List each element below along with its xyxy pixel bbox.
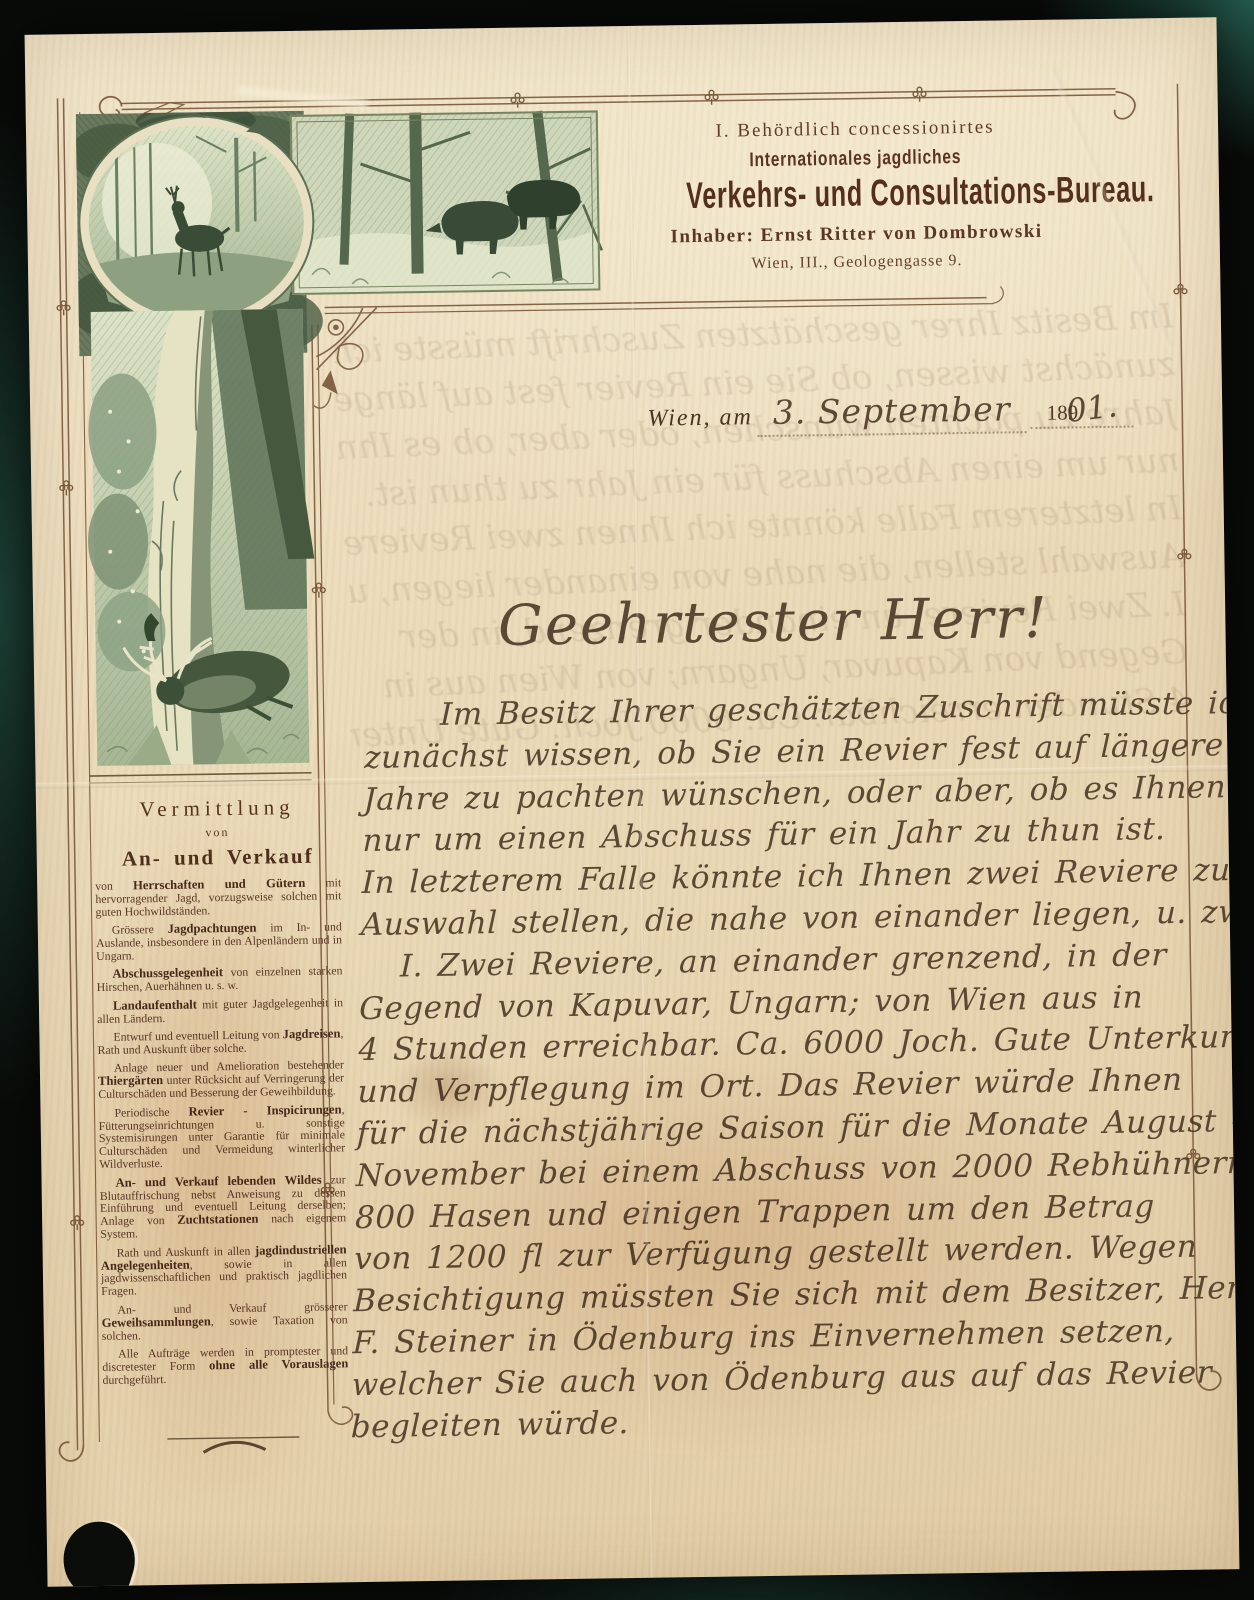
service-paragraph: von Herrschaften und Gütern mit hervorra… (95, 876, 342, 918)
photo-backdrop: I. Behördlich concessionirtes Internatio… (0, 0, 1254, 1600)
owner-line: Inhaber: Ernst Ritter von Dombrowski (576, 219, 1136, 249)
service-paragraph: Periodische Revier - Inspicirungen, Fütt… (98, 1103, 345, 1171)
letterhead: I. Behördlich concessionirtes Internatio… (575, 114, 1137, 275)
service-paragraph: Abschussgelegenheit von einzelnen starke… (96, 965, 342, 994)
letter-paper: I. Behördlich concessionirtes Internatio… (25, 17, 1240, 1587)
paper-crease (237, 86, 367, 109)
letter-body: Im Besitz Ihrer geschätzten Zuschrift mü… (350, 684, 1177, 1449)
hunting-engravings (76, 106, 616, 790)
date-line: Wien, am 3. September 18901. (630, 387, 1151, 434)
service-paragraph: Entwurf und eventuell Leitung von Jagdre… (97, 1027, 343, 1056)
service-paragraph: An- und Verkauf lebenden Wildes zur Blut… (99, 1173, 346, 1241)
services-title-von: von (94, 823, 340, 842)
salutation: Geehrtester Herr! (373, 584, 1174, 661)
service-paragraph: Rath und Auskunft in allen jagdindustrie… (101, 1243, 348, 1298)
services-title: Vermittlung (94, 794, 340, 823)
date-prefix: Wien, am (647, 404, 753, 432)
services-title-verkauf: An- und Verkauf (95, 843, 341, 872)
date-year: 18901. (1031, 406, 1134, 430)
address-line: Wien, III., Geologengasse 9. (577, 249, 1137, 275)
torn-corner (54, 1513, 145, 1587)
wild-boar-engraving (290, 110, 603, 295)
concession-line: I. Behördlich concessionirtes (575, 114, 1135, 144)
service-paragraph: Anlage neuer und Amelioration bestehende… (98, 1059, 345, 1101)
date-handwritten: 3. September (757, 389, 1027, 437)
forest-stag-engraving (85, 309, 318, 766)
service-paragraph: Landaufenthalt mit guter Jagdgelegenheit… (97, 996, 343, 1025)
bureau-name: Verkehrs- und Consultations-Bureau. (576, 168, 1137, 218)
divider-flourish (163, 1429, 303, 1461)
service-paragraph: Alle Aufträge werden in promptester und … (102, 1344, 349, 1386)
services-paragraphs: von Herrschaften und Gütern mit hervorra… (95, 876, 348, 1386)
service-paragraph: An- und Verkauf grösserer Geweihsammlung… (101, 1300, 348, 1342)
service-paragraph: Grössere Jagdpachtungen im In- und Ausla… (96, 921, 343, 963)
services-column: Vermittlung von An- und Verkauf von Herr… (94, 794, 349, 1392)
